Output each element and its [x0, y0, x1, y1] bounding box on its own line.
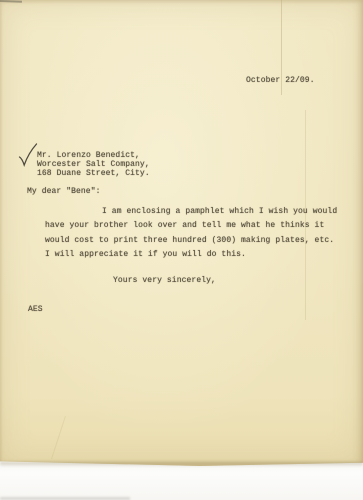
letter-scan: October 22/09. Mr. Lorenzo Benedict, Wor…: [0, 0, 363, 500]
salutation: My dear "Bene":: [27, 188, 101, 196]
typist-initials: AES: [28, 306, 43, 314]
body-line: I will appreciate it if you will do this…: [45, 251, 246, 259]
letter-paper: October 22/09. Mr. Lorenzo Benedict, Wor…: [0, 0, 363, 466]
body-line: I am enclosing a pamphlet which I wish y…: [102, 208, 337, 216]
recipient-name: Mr. Lorenzo Benedict,: [37, 152, 140, 160]
body-line: have your brother look over and tell me …: [45, 222, 324, 230]
checkmark-icon: [18, 143, 38, 169]
closing: Yours very sincerely,: [113, 277, 216, 285]
recipient-company: Worcester Salt Company,: [37, 161, 150, 169]
paper-corner-mark: [0, 0, 22, 3]
paper-edge-shadow: [0, 462, 363, 467]
paper-crease: [51, 416, 66, 459]
letter-date: October 22/09.: [246, 77, 315, 85]
recipient-address: 168 Duane Street, City.: [37, 170, 150, 178]
body-line: would cost to print three hundred (300) …: [45, 237, 334, 245]
